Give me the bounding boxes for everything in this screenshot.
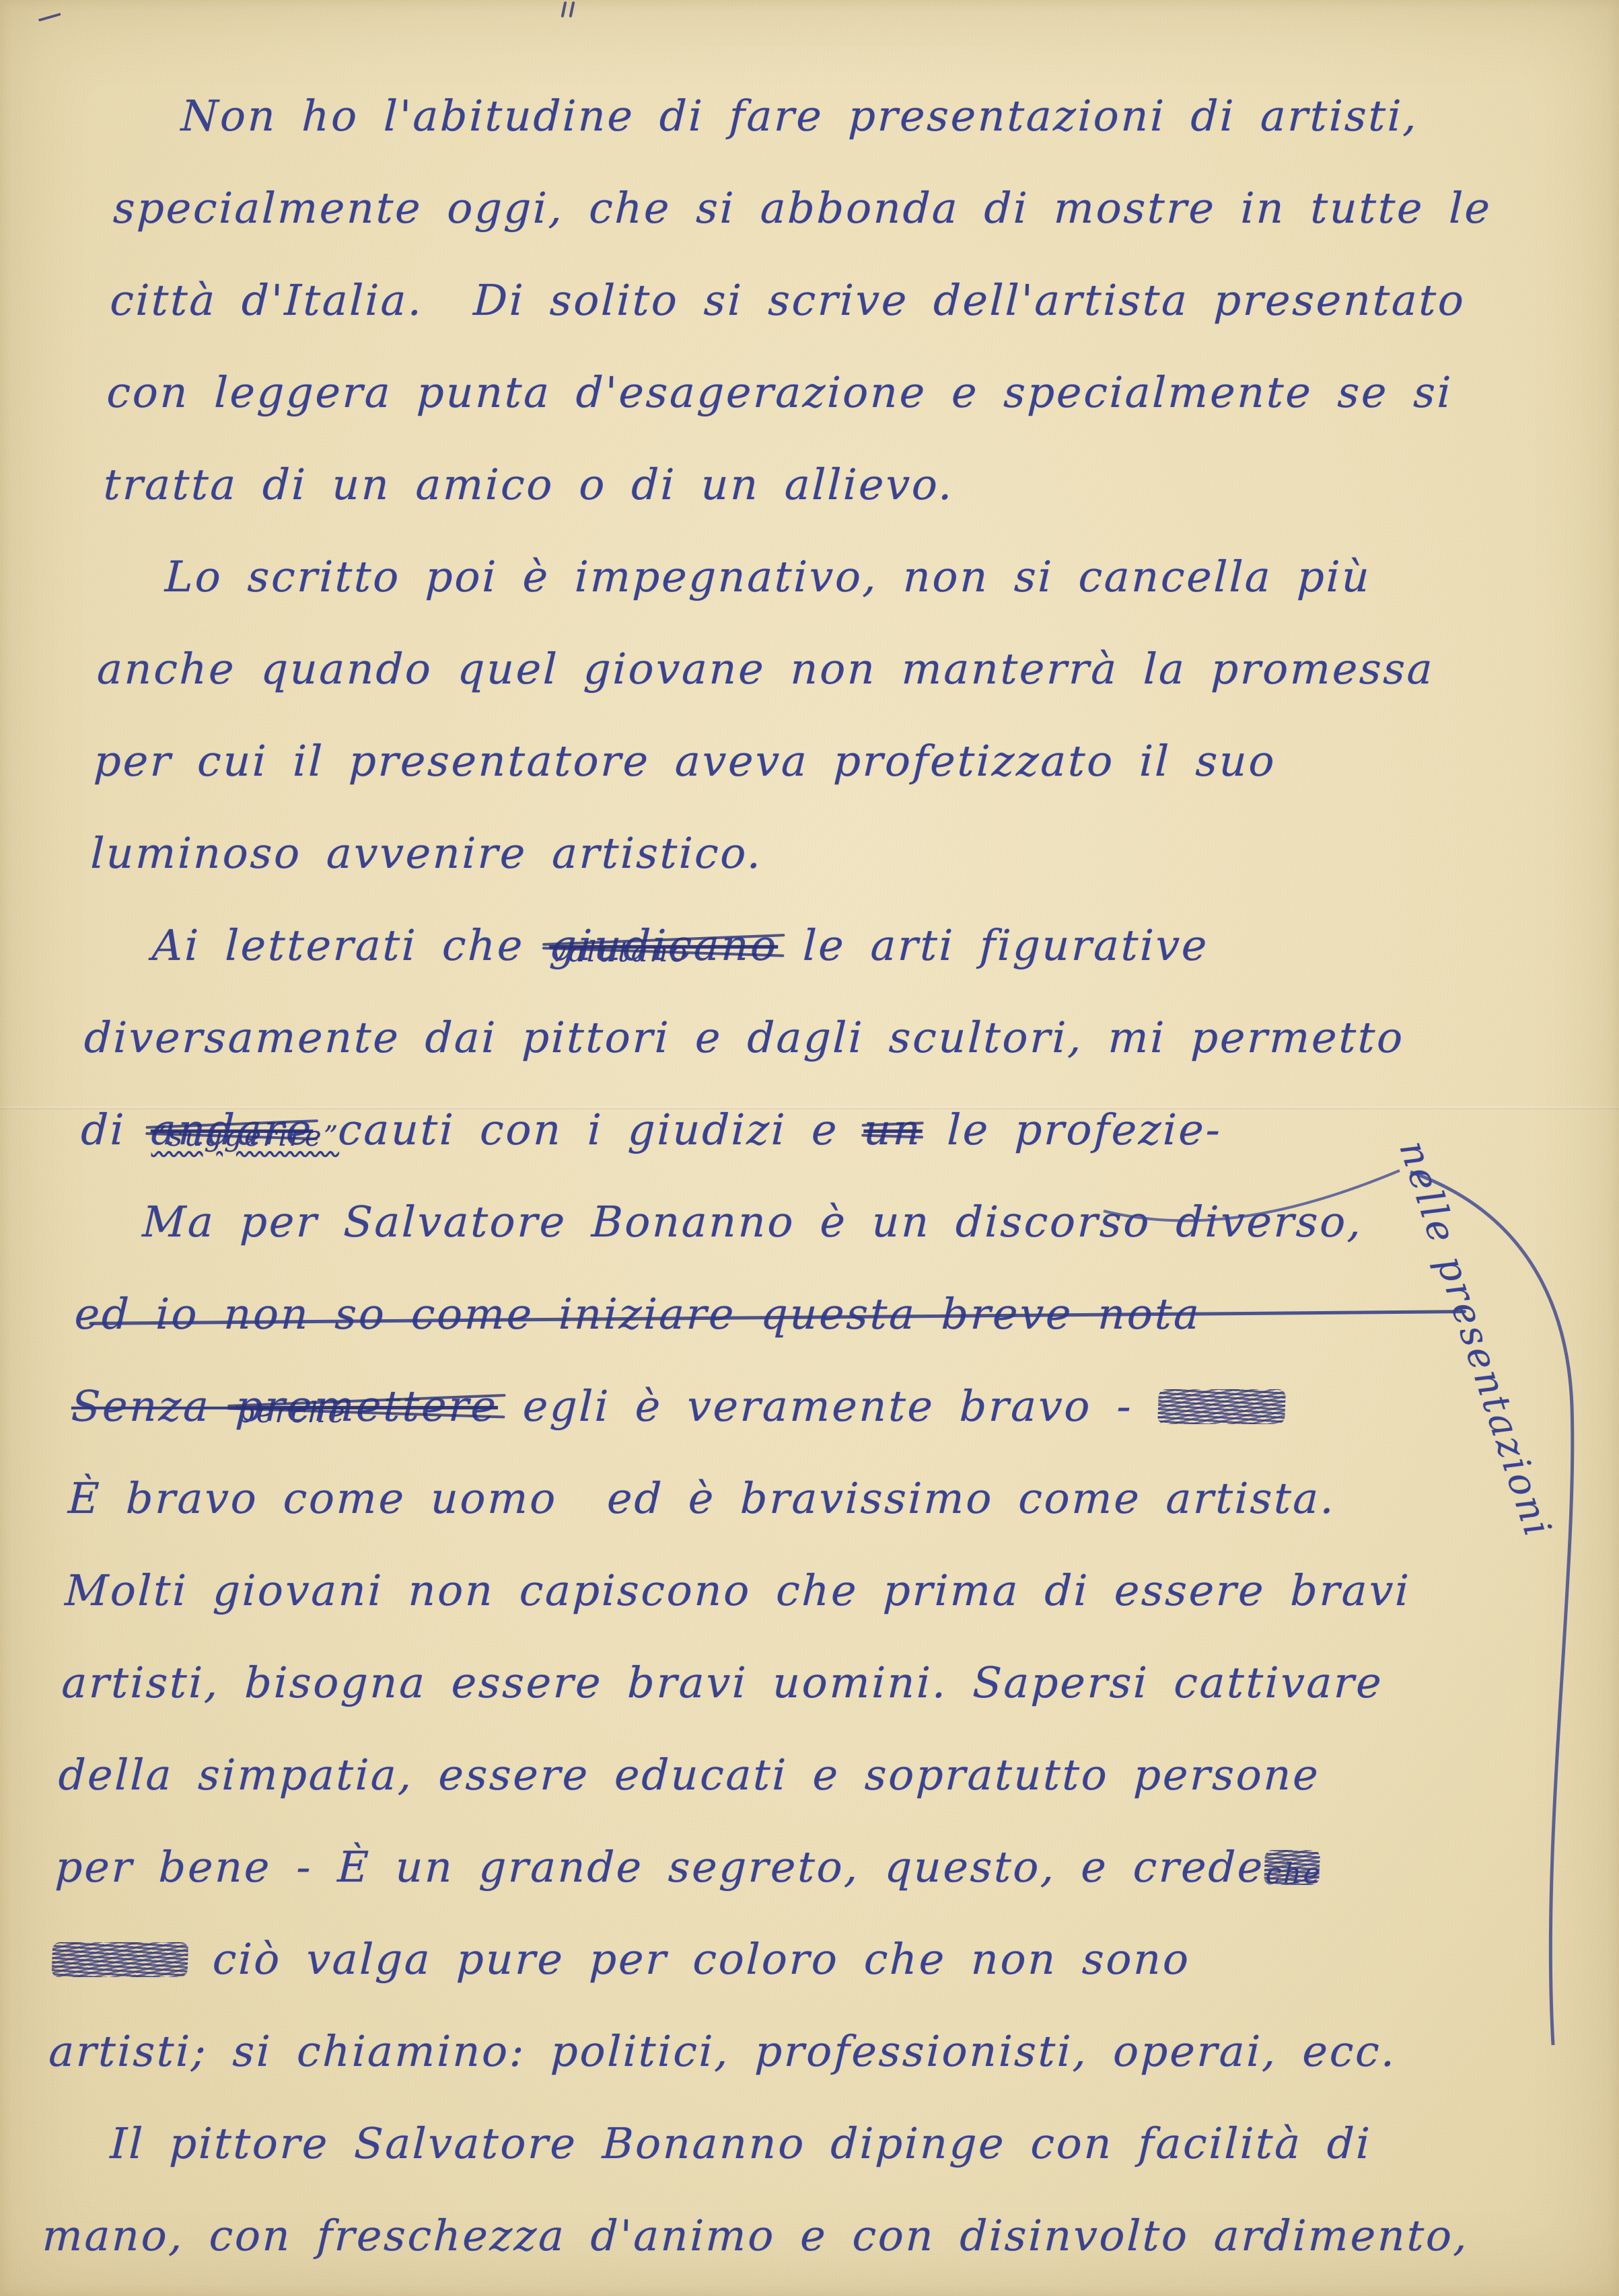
line-segment: diversamente dai pittori e dagli scultor… xyxy=(83,992,1406,1084)
manuscript-text-block: Non ho l'abitudine di fare presentazioni… xyxy=(41,70,1619,2282)
text-segment: luminoso avvenire artistico. xyxy=(89,829,763,878)
text-segment: mano, con freschezza d'animo e con disin… xyxy=(42,2211,1470,2260)
line-segment: le profezie- xyxy=(921,1084,1223,1176)
text-segment: specialmente oggi, che si abbonda di mos… xyxy=(112,184,1492,233)
manuscript-line-16: È bravo come uomo ed è bravissimo come a… xyxy=(67,1452,1583,1545)
manuscript-line-8: per cui il presentatore aveva profetizza… xyxy=(92,715,1608,807)
line-segment: È bravo come uomo ed è bravissimo come a… xyxy=(67,1452,1338,1545)
manuscript-line-24: mano, con freschezza d'animo e con disin… xyxy=(41,2190,1557,2282)
manuscript-line-10: Ai letterati che valutanogiudicano le ar… xyxy=(86,899,1602,992)
manuscript-line-20: per bene - È un grande segreto, questo, … xyxy=(54,1821,1570,1913)
line-segment: tratta di un amico o di un allievo. xyxy=(102,439,956,531)
text-segment: Ai letterati che xyxy=(151,921,550,970)
text-segment: Molti giovani non capiscono che prima di… xyxy=(64,1566,1411,1615)
text-segment: città d'Italia. Di solito si scrive dell… xyxy=(109,276,1466,325)
line-segment: “suggerire”andare xyxy=(149,1084,315,1176)
line-segment: Il pittore Salvatore Bonanno dipinge con… xyxy=(108,2098,1373,2190)
manuscript-line-1: Non ho l'abitudine di fare presentazioni… xyxy=(115,70,1619,162)
line-segment: Senza xyxy=(70,1360,238,1452)
manuscript-line-5: tratta di un amico o di un allievo. xyxy=(102,439,1618,531)
manuscript-line-21: ciò valga pure per coloro che non sono xyxy=(50,1913,1567,2005)
text-segment: Ma per Salvatore Bonanno è un discorso d… xyxy=(141,1197,1363,1247)
stray-ink-mark xyxy=(563,1,580,19)
manuscript-line-23: Il pittore Salvatore Bonanno dipinge con… xyxy=(44,2098,1560,2190)
text-segment: ed io non so come iniziare questa breve … xyxy=(74,1290,1202,1339)
text-segment: artisti; si chiamino: politici, professi… xyxy=(48,2027,1398,2076)
manuscript-line-2: specialmente oggi, che si abbonda di mos… xyxy=(112,162,1619,254)
manuscript-line-6: Lo scritto poi è impegnativo, non si can… xyxy=(99,531,1615,623)
line-segment: Ai letterati che xyxy=(151,899,551,992)
text-segment: È bravo come uomo ed è bravissimo come a… xyxy=(67,1474,1336,1523)
scribbled-out-word xyxy=(1157,1389,1286,1424)
manuscript-line-11: diversamente dai pittori e dagli scultor… xyxy=(83,992,1599,1084)
line-segment: specialmente oggi, che si abbonda di mos… xyxy=(112,162,1493,254)
manuscript-line-7: anche quando quel giovane non manterrà l… xyxy=(96,623,1612,715)
line-segment: della simpatia, essere educati e sopratu… xyxy=(57,1729,1322,1821)
line-segment: Ma per Salvatore Bonanno è un discorso d… xyxy=(141,1176,1364,1268)
manuscript-line-17: Molti giovani non capiscono che prima di… xyxy=(63,1545,1579,1637)
line-segment: artisti, bisogna essere bravi uomini. Sa… xyxy=(60,1637,1385,1729)
manuscript-line-14: ed io non so come iniziare questa breve … xyxy=(73,1268,1589,1360)
manuscript-page: { "page": { "type": "handwritten manuscr… xyxy=(0,0,1619,2296)
line-segment: valutanogiudicano xyxy=(548,899,780,992)
text-segment: Il pittore Salvatore Bonanno dipinge con… xyxy=(109,2119,1372,2168)
text-segment: le profezie- xyxy=(921,1105,1223,1154)
text-segment: della simpatia, essere educati e sopratu… xyxy=(58,1750,1321,1800)
struck-text-segment: un xyxy=(863,1105,923,1154)
line-segment: mano, con freschezza d'animo e con disin… xyxy=(41,2190,1471,2282)
stray-ink-mark xyxy=(34,0,61,22)
text-segment: con leggera punta d'esagerazione e speci… xyxy=(106,368,1453,417)
line-segment: ciò valga pure per coloro che non sono xyxy=(186,1913,1192,2005)
manuscript-line-9: luminoso avvenire artistico. xyxy=(89,807,1605,899)
text-segment: artisti, bisogna essere bravi uomini. Sa… xyxy=(61,1658,1383,1707)
text-segment: egli è veramente bravo - xyxy=(497,1382,1159,1431)
line-segment: di xyxy=(79,1084,152,1176)
scribbled-out-word xyxy=(51,1942,188,1977)
line-segment: per bene - È un grande segreto, questo, … xyxy=(54,1821,1266,1913)
struck-text-segment: premettere xyxy=(235,1382,499,1431)
line-segment: le arti figurative xyxy=(777,899,1211,992)
scribble-segment: che xyxy=(1263,1821,1322,1913)
struck-text-segment: giudicano xyxy=(548,921,779,970)
line-segment: un xyxy=(862,1084,924,1176)
text-segment: per bene - È un grande segreto, questo, … xyxy=(55,1843,1266,1892)
text-segment: Non ho l'abitudine di fare presentazioni… xyxy=(180,91,1420,141)
scribble-segment xyxy=(50,1913,189,2005)
line-segment: anche quando quel giovane non manterrà l… xyxy=(96,623,1436,715)
text-segment: cauti con i giudizi e xyxy=(312,1105,865,1154)
line-segment: egli è veramente bravo - xyxy=(497,1360,1160,1452)
text-segment: per cui il presentatore aveva profetizza… xyxy=(93,737,1277,786)
text-segment: tratta di un amico o di un allievo. xyxy=(103,460,956,509)
text-segment: ciò valga pure per coloro che non sono xyxy=(187,1935,1192,1984)
text-segment: le arti figurative xyxy=(777,921,1210,970)
manuscript-line-15: Senza perchépremettere egli è veramente … xyxy=(70,1360,1586,1452)
scribble-segment xyxy=(1156,1360,1287,1452)
struck-text-segment: andare xyxy=(150,1105,314,1154)
line-segment: Lo scritto poi è impegnativo, non si can… xyxy=(164,531,1373,623)
text-segment: di xyxy=(80,1105,151,1154)
manuscript-line-12: di “suggerire”andare cauti con i giudizi… xyxy=(79,1084,1595,1176)
manuscript-line-18: artisti, bisogna essere bravi uomini. Sa… xyxy=(60,1637,1576,1729)
text-segment: anche quando quel giovane non manterrà l… xyxy=(96,644,1435,694)
line-segment: per cui il presentatore aveva profetizza… xyxy=(92,715,1278,807)
text-segment: diversamente dai pittori e dagli scultor… xyxy=(83,1013,1406,1062)
line-segment: artisti; si chiamino: politici, professi… xyxy=(47,2005,1398,2098)
line-segment: luminoso avvenire artistico. xyxy=(89,807,764,899)
line-segment: con leggera punta d'esagerazione e speci… xyxy=(105,346,1454,439)
line-segment: ed io non so come iniziare questa breve … xyxy=(73,1268,1202,1360)
text-segment: Lo scritto poi è impegnativo, non si can… xyxy=(164,552,1372,601)
struck-text-segment: Senza xyxy=(71,1382,236,1431)
manuscript-line-3: città d'Italia. Di solito si scrive dell… xyxy=(108,254,1619,346)
insertion-above: che xyxy=(1265,1859,1322,1888)
line-segment: cauti con i giudizi e xyxy=(312,1084,865,1176)
line-segment: città d'Italia. Di solito si scrive dell… xyxy=(108,254,1467,346)
line-segment: Non ho l'abitudine di fare presentazioni… xyxy=(180,70,1420,162)
manuscript-line-22: artisti; si chiamino: politici, professi… xyxy=(47,2005,1563,2098)
line-segment: Molti giovani non capiscono che prima di… xyxy=(63,1545,1412,1637)
manuscript-line-13: Ma per Salvatore Bonanno è un discorso d… xyxy=(76,1176,1592,1268)
manuscript-line-4: con leggera punta d'esagerazione e speci… xyxy=(105,346,1619,439)
line-segment: perchépremettere xyxy=(233,1360,499,1452)
manuscript-line-19: della simpatia, essere educati e sopratu… xyxy=(57,1729,1573,1821)
